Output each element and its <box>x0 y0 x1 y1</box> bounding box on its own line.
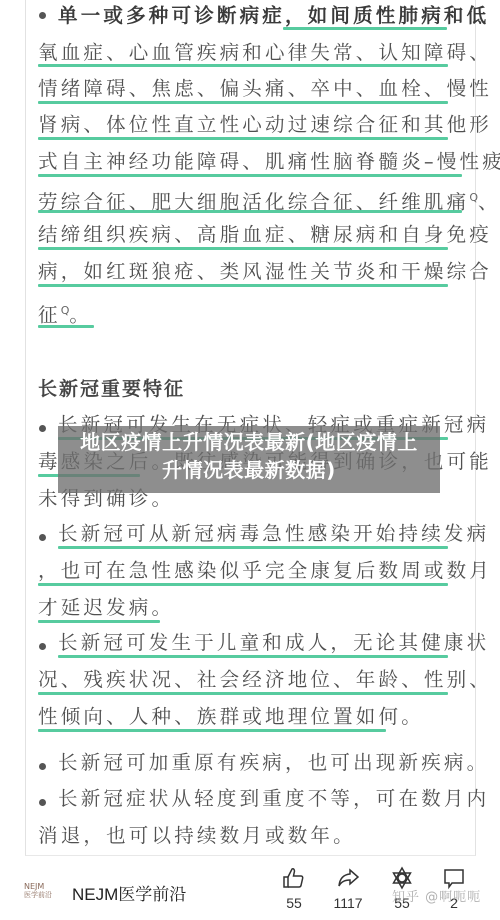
bullet-dot <box>39 12 46 19</box>
bullet-dot <box>39 799 46 806</box>
zhihu-watermark: 知乎 @啊呃呃 <box>392 886 481 905</box>
bullet-dot <box>39 425 46 432</box>
share-arrow-icon <box>336 866 360 890</box>
text-line[interactable]: 情绪障碍、焦虑、偏头痛、卒中、血栓、慢性 <box>38 76 492 102</box>
like-count: 55 <box>274 895 314 911</box>
logo-text-top: NEJM <box>24 882 64 891</box>
text-segment: 、 <box>478 191 500 214</box>
underline <box>38 247 448 250</box>
underline <box>38 325 94 328</box>
text-line[interactable]: 长新冠可发生于儿童和成人，无论其健康状 <box>58 630 489 656</box>
text-line[interactable]: 病，如红斑狼疮、类风湿性关节炎和干燥综合 <box>38 259 492 285</box>
search-icon[interactable]: Q <box>469 191 478 204</box>
text-line[interactable]: 况、残疾状况、社会经济地位、年龄、性别、 <box>38 667 492 693</box>
text-line: 单一或多种可诊断病症，如间质性肺病和低 <box>58 3 489 29</box>
underline <box>38 729 386 732</box>
text-line[interactable]: 肾病、体位性直立性心动过速综合征和其他形 <box>38 112 492 138</box>
brand-name[interactable]: NEJM医学前沿 <box>72 880 186 905</box>
section-heading: 长新冠重要特征 <box>38 374 185 401</box>
underline <box>38 583 448 586</box>
underline <box>58 655 448 658</box>
underline <box>283 27 447 30</box>
text-line[interactable]: 才延迟发病。 <box>38 595 174 621</box>
share-button[interactable]: 1117 <box>328 866 368 911</box>
thumbs-up-icon <box>282 866 306 890</box>
text-line[interactable]: ，也可在急性感染似乎完全康复后数周或数月 <box>38 558 492 584</box>
bullet-dot <box>39 643 46 650</box>
underline <box>38 210 462 213</box>
underline <box>38 692 448 695</box>
underline <box>38 284 448 287</box>
text-line: 消退，也可以持续数月或数年。 <box>38 823 356 849</box>
text-line[interactable]: 氧血症、心血管疾病和心律失常、认知障碍、 <box>38 40 492 66</box>
text-line[interactable]: 征Q。 <box>38 298 92 329</box>
underline <box>38 101 448 104</box>
text-line[interactable]: 结缔组织疾病、高脂血症、糖尿病和自身免疫 <box>38 222 492 248</box>
underline <box>38 64 448 67</box>
share-count: 1117 <box>328 895 368 911</box>
bullet-dot <box>39 534 46 541</box>
underline <box>38 620 160 623</box>
text-line[interactable]: 式自主神经功能障碍、肌痛性脑脊髓炎–慢性疲 <box>38 149 500 175</box>
text-segment: 单一或多种可诊断病症， <box>58 4 308 27</box>
underline <box>38 137 448 140</box>
underline <box>58 546 448 549</box>
nejm-logo[interactable]: NEJM 医学前沿 <box>24 882 64 902</box>
underline <box>38 174 462 177</box>
text-segment-link[interactable]: 如间质性肺病和低 <box>308 4 490 27</box>
overlay-title: 地区疫情上升情况表最新(地区疫情上 升情况表最新数据) <box>58 428 440 484</box>
text-line[interactable]: 性倾向、人种、族群或地理位置如何。 <box>38 704 424 730</box>
logo-text-bottom: 医学前沿 <box>24 891 64 900</box>
text-line: 长新冠症状从轻度到重度不等，可在数月内 <box>58 786 489 812</box>
overlay-title-line2: 升情况表最新数据) <box>58 456 440 484</box>
like-button[interactable]: 55 <box>274 866 314 911</box>
text-line: 长新冠可加重原有疾病，也可出现新疾病。 <box>58 750 489 776</box>
overlay-title-line1: 地区疫情上升情况表最新(地区疫情上 <box>58 428 440 456</box>
text-segment: 征 <box>38 304 61 327</box>
text-segment: 。 <box>69 304 92 327</box>
bullet-dot <box>39 763 46 770</box>
text-line[interactable]: 长新冠可从新冠病毒急性感染开始持续发病 <box>58 521 489 547</box>
